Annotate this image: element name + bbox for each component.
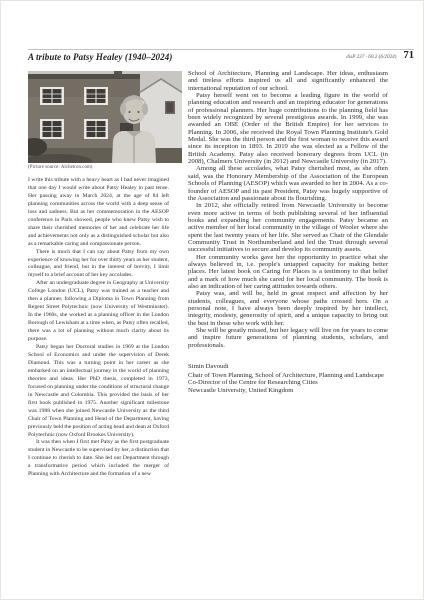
paragraph: It was then when I first met Patsy as th…	[28, 439, 169, 479]
journal-issue-info: disP 237 · 60.2 (6/2024)	[346, 54, 396, 60]
photo-caption: (Picture source: Alchetron.com)	[28, 165, 93, 170]
portrait-photo-illustration	[28, 71, 182, 163]
portrait-photo	[28, 71, 182, 163]
paragraph: After an undergraduate degree in Geograp…	[28, 280, 169, 344]
header-meta: disP 237 · 60.2 (6/2024) 71	[346, 50, 414, 61]
paragraph: There is much that I can say about Patsy…	[28, 249, 169, 281]
paragraph: In 2012, she officially retired from New…	[188, 202, 388, 253]
affiliation-line: Newcastle University, United Kingdom	[188, 387, 388, 395]
paragraph: I write this tribute with a heavy heart …	[28, 177, 169, 249]
affiliation-line: Co-Director of the Centre for Researchin…	[188, 379, 388, 387]
page-number: 71	[404, 50, 415, 61]
left-text-column: I write this tribute with a heavy heart …	[28, 177, 169, 479]
paragraph: She will be greatly missed, but her lega…	[188, 327, 388, 349]
author-signature-block: Simin Davoudi Chair of Town Planning, Sc…	[188, 363, 388, 394]
author-name: Simin Davoudi	[188, 363, 388, 371]
paragraph: Patsy began her Doctoral studies in 1969…	[28, 344, 169, 439]
paragraph: Among all these accolades, what Patsy ch…	[188, 165, 388, 202]
affiliation-line: Chair of Town Planning, School of Archit…	[188, 372, 388, 380]
paragraph: Patsy herself went on to become a leadin…	[188, 92, 388, 165]
paragraph: Her community works gave her the opportu…	[188, 254, 388, 291]
author-affiliation-lines: Chair of Town Planning, School of Archit…	[188, 372, 388, 395]
paragraph: School of Architecture, Planning and Lan…	[188, 70, 388, 92]
right-text-column: School of Architecture, Planning and Lan…	[188, 70, 388, 394]
page-title: A tribute to Patsy Healey (1940–2024)	[28, 52, 172, 62]
right-column-paragraphs: School of Architecture, Planning and Lan…	[188, 70, 388, 349]
paragraph: Patsy was, and will be, held in great re…	[188, 290, 388, 327]
journal-page: A tribute to Patsy Healey (1940–2024) di…	[0, 0, 424, 600]
